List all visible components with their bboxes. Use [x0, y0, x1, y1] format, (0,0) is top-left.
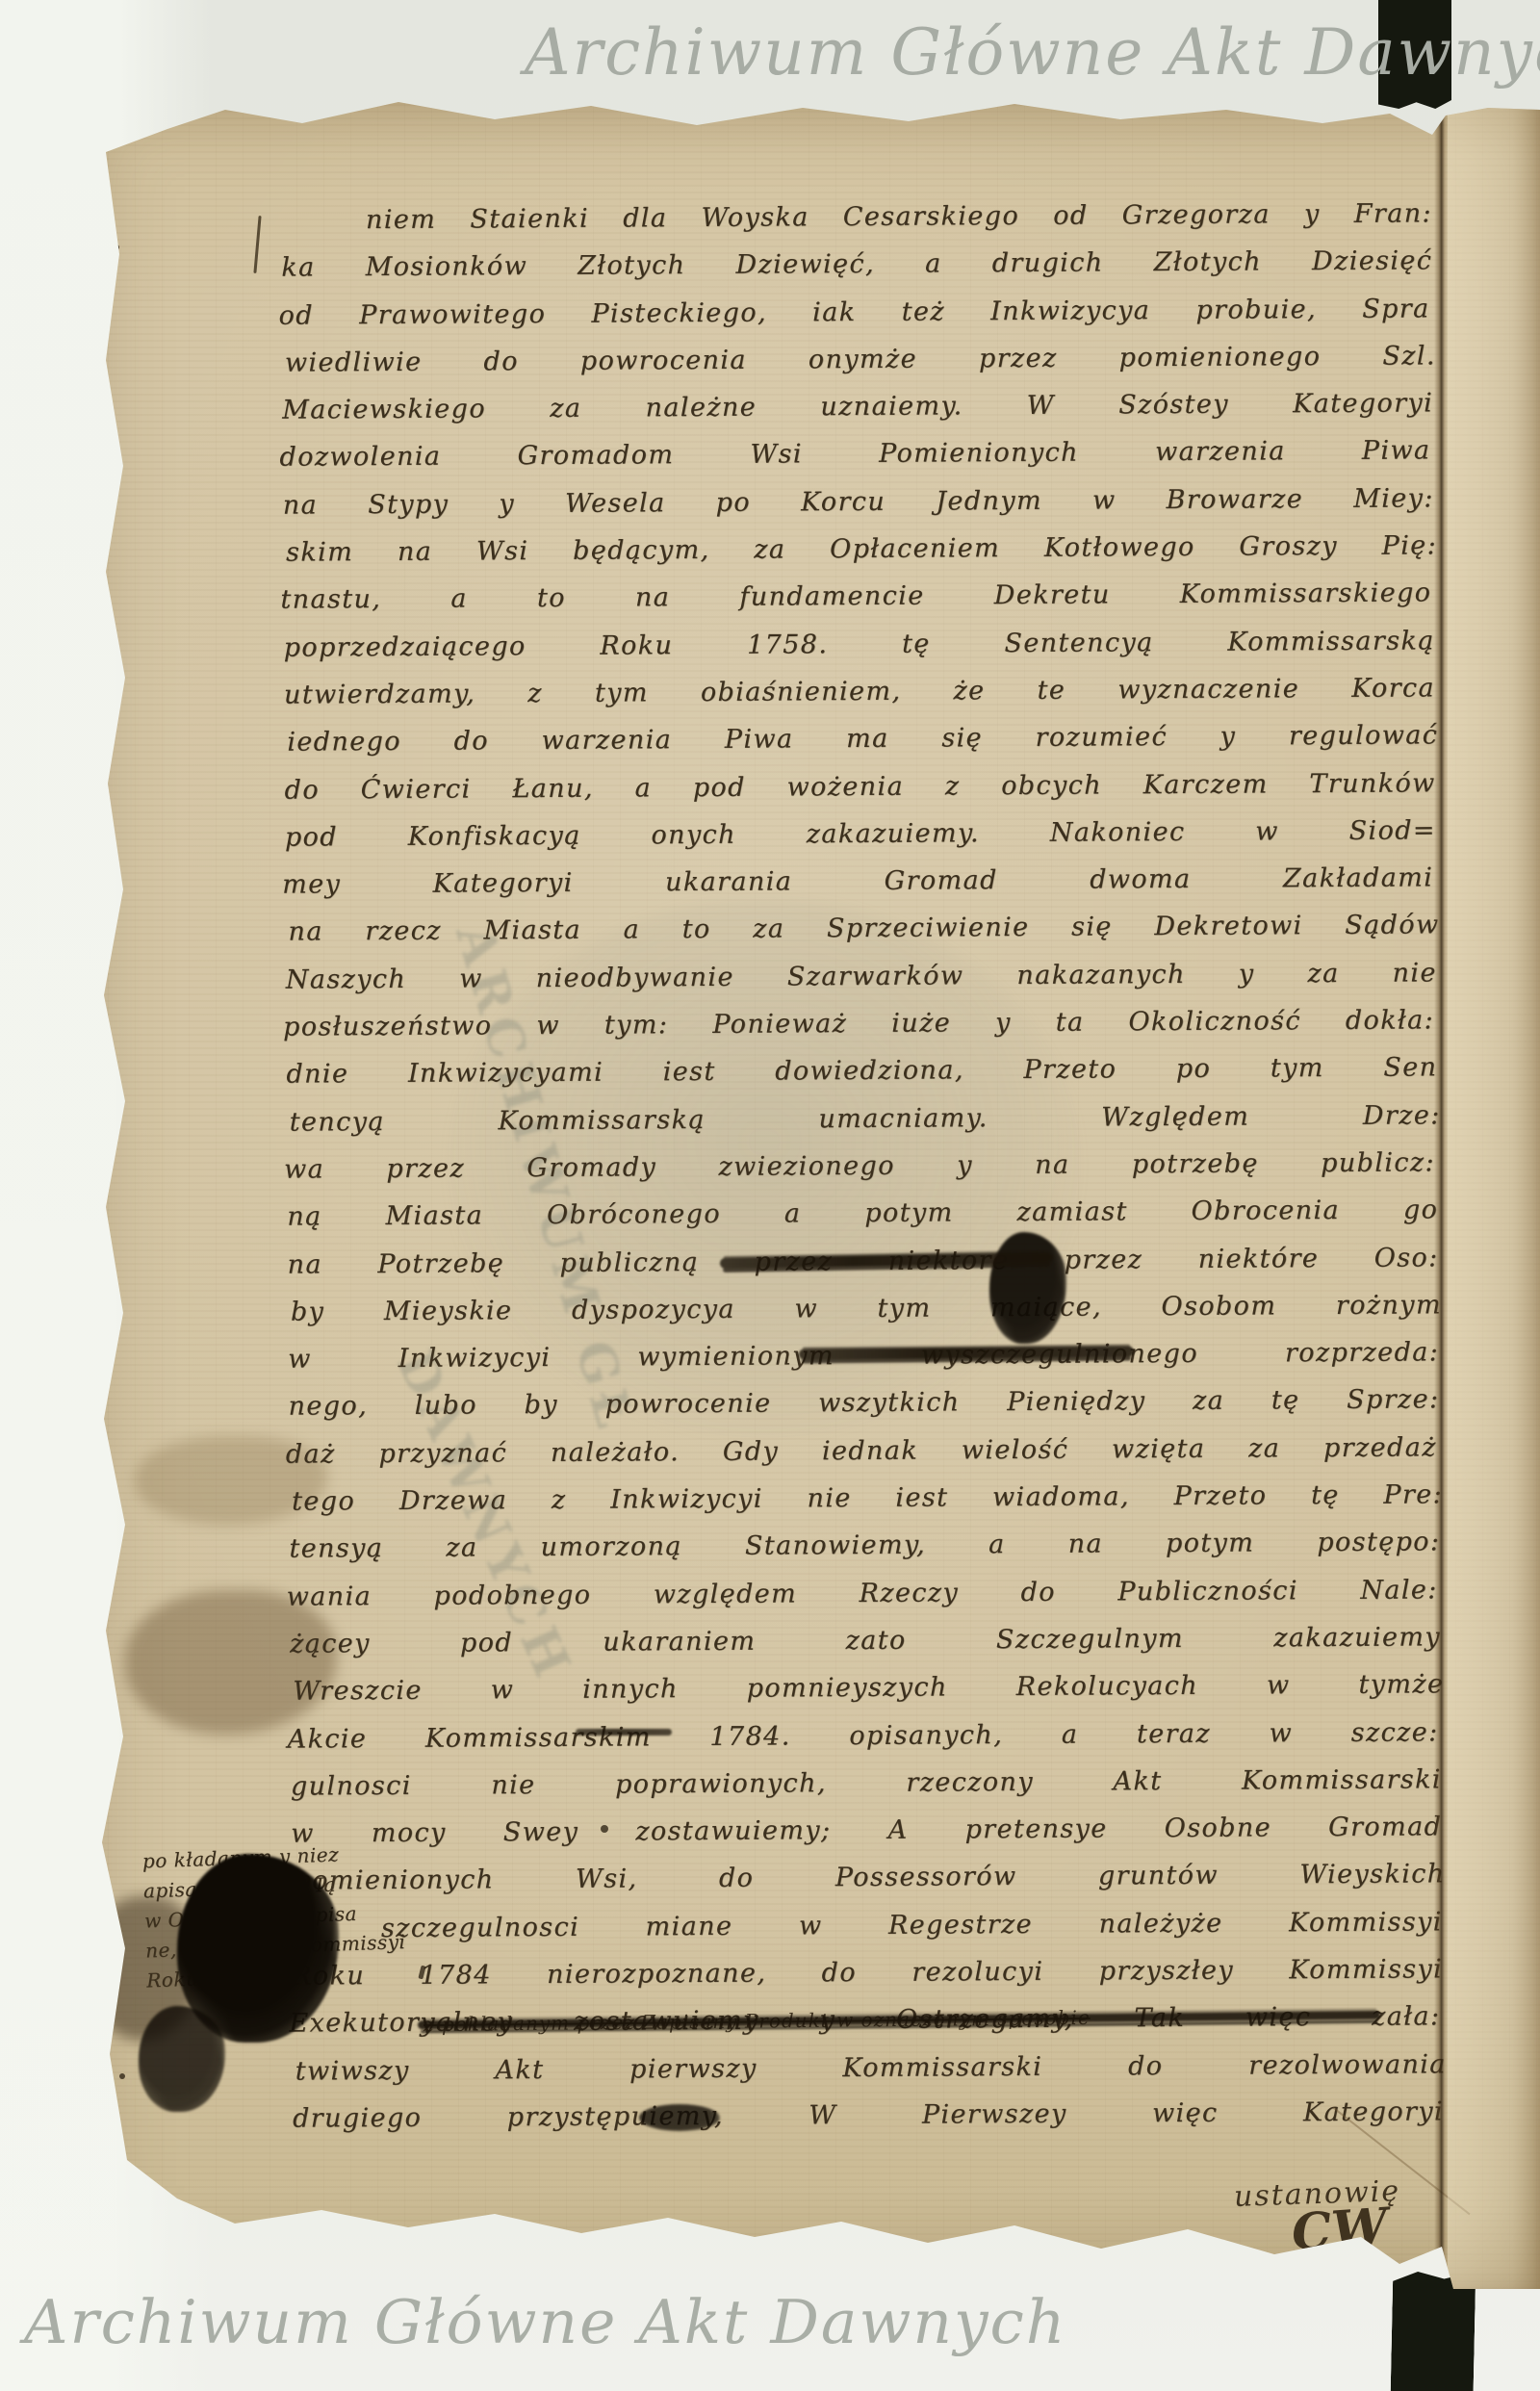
manuscript-line: Akcie Kommissarskim 1784. opisanych, a t… — [287, 1709, 1438, 1763]
manuscript-line: tencyą Kommissarską umacniamy. Względem … — [290, 1092, 1441, 1146]
manuscript-line: do Ćwierci Łanu, a pod wożenia z obcych … — [284, 759, 1435, 814]
manuscript-line: żącey pod ukaraniem zato Szczegulnym zak… — [290, 1613, 1441, 1668]
manuscript-line: Wreszcie w innych pomnieyszych Rekolucya… — [293, 1661, 1444, 1716]
pen-mark — [253, 216, 261, 273]
ink-speckle — [114, 244, 119, 250]
ink-speckle — [601, 1825, 608, 1833]
manuscript-line: mey Kategoryi ukarania Gromad dwoma Zakł… — [282, 855, 1433, 910]
ink-blot-word — [639, 2104, 720, 2131]
ink-speckle — [106, 429, 110, 433]
manuscript-line: wa przez Gromady zwiezionego y na potrze… — [284, 1139, 1435, 1194]
manuscript-line: by Mieyskie dyspozycya w tym maiące, Oso… — [291, 1281, 1442, 1336]
manuscript-line: na Stypy y Wesela po Korcu Jednym w Brow… — [283, 475, 1434, 529]
manuscript-line: iednego do warzenia Piwa ma się rozumieć… — [287, 712, 1438, 767]
manuscript-line: drugiego przystępuiemy, W Pierwszey więc… — [293, 2088, 1444, 2143]
scanned-archive-page: ARCHIWUM GŁ DAWNYCH niem Staienki dla Wo… — [0, 0, 1540, 2391]
page-fold-crease — [1434, 90, 1448, 2289]
manuscript-line: daż przyznać należało. Gdy iednak wieloś… — [286, 1424, 1437, 1478]
manuscript-line: od Prawowitego Pisteckiego, iak też Inkw… — [278, 285, 1429, 340]
black-binding-bar-bottom — [1391, 2272, 1476, 2391]
manuscript-line: wiedliwie do powrocenia onymże przez pom… — [285, 332, 1436, 387]
manuscript-line: nego, lubo by powrocenie wszytkich Pieni… — [288, 1376, 1439, 1431]
watermark-bottom: Archiwum Główne Akt Dawnych — [24, 2287, 1066, 2357]
manuscript-line: skim na Wsi będącym, za Opłaceniem Kotło… — [286, 522, 1437, 577]
ink-speckle — [119, 2073, 125, 2079]
manuscript-page: ARCHIWUM GŁ DAWNYCH niem Staienki dla Wo… — [81, 90, 1540, 2289]
manuscript-line: utwierdzamy, z tym obiaśnieniem, że te w… — [284, 664, 1435, 719]
ink-blot-margin-tail — [139, 2006, 225, 2112]
manuscript-line: posłuszeństwo w tym: Ponieważ iuże y ta … — [283, 996, 1434, 1051]
ink-strikethrough-3 — [576, 1729, 672, 1735]
manuscript-line: gulnosci nie poprawionych, rzeczony Akt … — [291, 1756, 1442, 1811]
manuscript-line: tnastu, a to na fundamencie Dekretu Komm… — [280, 570, 1431, 625]
adjacent-page-edge — [1448, 90, 1540, 2289]
manuscript-line: ka Mosionków Złotych Dziewięć, a drugich… — [281, 238, 1432, 293]
manuscript-line: ną Miasta Obróconego a potym zamiast Obr… — [287, 1187, 1438, 1242]
manuscript-line: na rzecz Miasta a to za Sprzeciwienie si… — [288, 902, 1439, 957]
manuscript-line: niem Staienki dla Woyska Cesarskiego od … — [281, 190, 1432, 244]
scribe-initials: CW — [1290, 2198, 1390, 2263]
manuscript-line: twiwszy Akt pierwszy Kommissarski do rez… — [295, 2041, 1447, 2095]
manuscript-line: wania podobnego względem Rzeczy do Publi… — [287, 1566, 1438, 1621]
manuscript-line: poprzedzaiącego Roku 1758. tę Sentencyą … — [284, 617, 1435, 672]
manuscript-line: dozwolenia Gromadom Wsi Pomienionych war… — [279, 427, 1430, 482]
manuscript-line: pod Konfiskacyą onych zakazuiemy. Nakoni… — [285, 807, 1436, 861]
manuscript-line: tego Drzewa z Inkwizycyi nie iest wiadom… — [292, 1471, 1443, 1526]
manuscript-line: Maciewskiego za należne uznaiemy. W Szós… — [282, 380, 1433, 435]
manuscript-line: tensyą za umorzoną Stanowiemy, a na poty… — [289, 1519, 1440, 1574]
manuscript-line: Naszych w nieodbywanie Szarwarków nakaza… — [286, 949, 1437, 1004]
manuscript-line: dnie Inkwizycyami iest dowiedziona, Prze… — [286, 1044, 1437, 1099]
watermark-top: Archiwum Główne Akt Dawnych — [525, 15, 1540, 90]
